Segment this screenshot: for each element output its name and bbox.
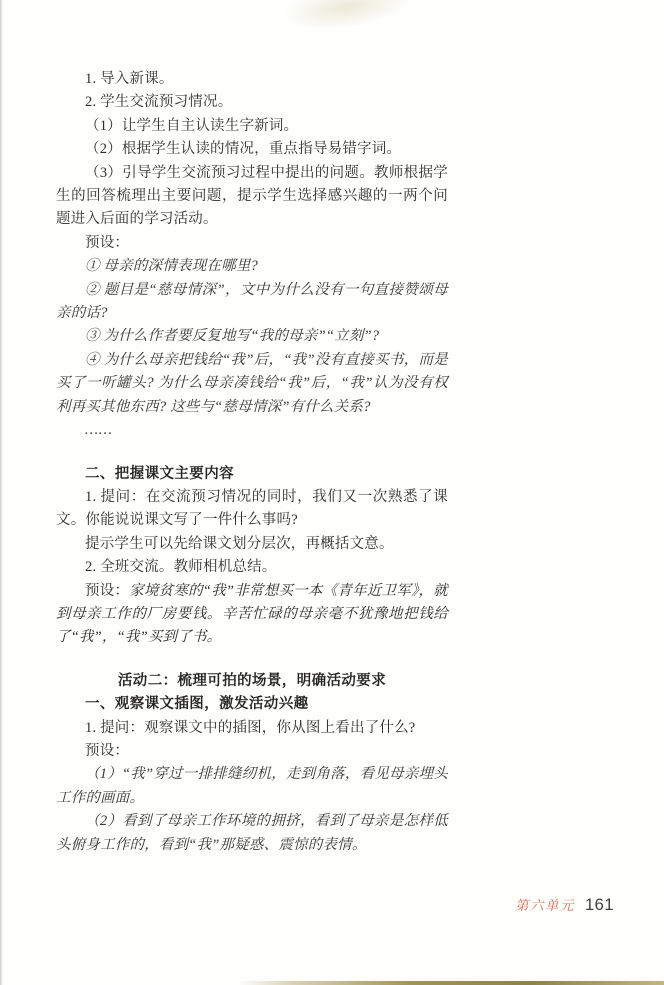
- page-bottom-edge: [0, 981, 664, 985]
- step-paragraph: （1）让学生自主认读生字新词。: [56, 115, 448, 138]
- step-paragraph: （2）根据学生认读的情况，重点指导易错字词。: [56, 138, 448, 161]
- ellipsis-line: ……: [56, 419, 448, 442]
- preset-item-2: ② 题目是“慈母情深”，文中为什么没有一句直接赞颂母亲的话?: [56, 279, 448, 326]
- section-heading-2: 二、把握课文主要内容: [56, 463, 448, 486]
- preset-label-inline: 预设：: [85, 583, 129, 599]
- preset-summary-paragraph: 预设：家境贫寒的“我”非常想买一本《青年近卫军》，就到母亲工作的厂房要钱。辛苦忙…: [56, 580, 448, 650]
- page-footer: 第六单元 161: [515, 894, 614, 915]
- preset-item-4: ④ 为什么母亲把钱给“我”后，“我”没有直接买书，而是买了一听罐头? 为什么母亲…: [56, 349, 448, 419]
- lesson-plan-text: 1. 导入新课。 2. 学生交流预习情况。 （1）让学生自主认读生字新词。 （2…: [56, 68, 448, 857]
- preset-label: 预设：: [56, 232, 448, 255]
- book-page: 1. 导入新课。 2. 学生交流预习情况。 （1）让学生自主认读生字新词。 （2…: [0, 0, 664, 985]
- footer-unit-label: 第六单元: [515, 894, 575, 914]
- activity-heading: 活动二：梳理可拍的场景，明确活动要求: [56, 670, 448, 693]
- page-left-edge: [0, 0, 3, 985]
- preset-item-1: （1）“我”穿过一排排缝纫机，走到角落，看见母亲埋头工作的画面。: [56, 763, 448, 810]
- preset-label: 预设：: [56, 740, 448, 763]
- preset-item-2: （2）看到了母亲工作环境的拥挤，看到了母亲是怎样低头俯身工作的，看到“我”那疑惑…: [56, 810, 448, 857]
- preset-item-3: ③ 为什么作者要反复地写“我的母亲”“立刻”?: [56, 325, 448, 348]
- step-paragraph: 2. 学生交流预习情况。: [56, 91, 448, 114]
- step-paragraph: 1. 提问：观察课文中的插图，你从图上看出了什么?: [56, 717, 448, 740]
- preset-item-1: ① 母亲的深情表现在哪里?: [56, 255, 448, 278]
- footer-page-number: 161: [585, 896, 614, 915]
- step-paragraph: 2. 全班交流。教师相机总结。: [56, 556, 448, 579]
- step-paragraph: 提示学生可以先给课文划分层次，再概括文意。: [56, 533, 448, 556]
- section-heading-1: 一、观察课文插图，激发活动兴趣: [56, 693, 448, 716]
- step-paragraph: 1. 导入新课。: [56, 68, 448, 91]
- scan-stain: [280, 0, 415, 37]
- step-paragraph: 1. 提问：在交流预习情况的同时，我们又一次熟悉了课文。你能说说课文写了一件什么…: [56, 486, 448, 533]
- step-paragraph: （3）引导学生交流预习过程中提出的问题。教师根据学生的回答梳理出主要问题，提示学…: [56, 162, 448, 232]
